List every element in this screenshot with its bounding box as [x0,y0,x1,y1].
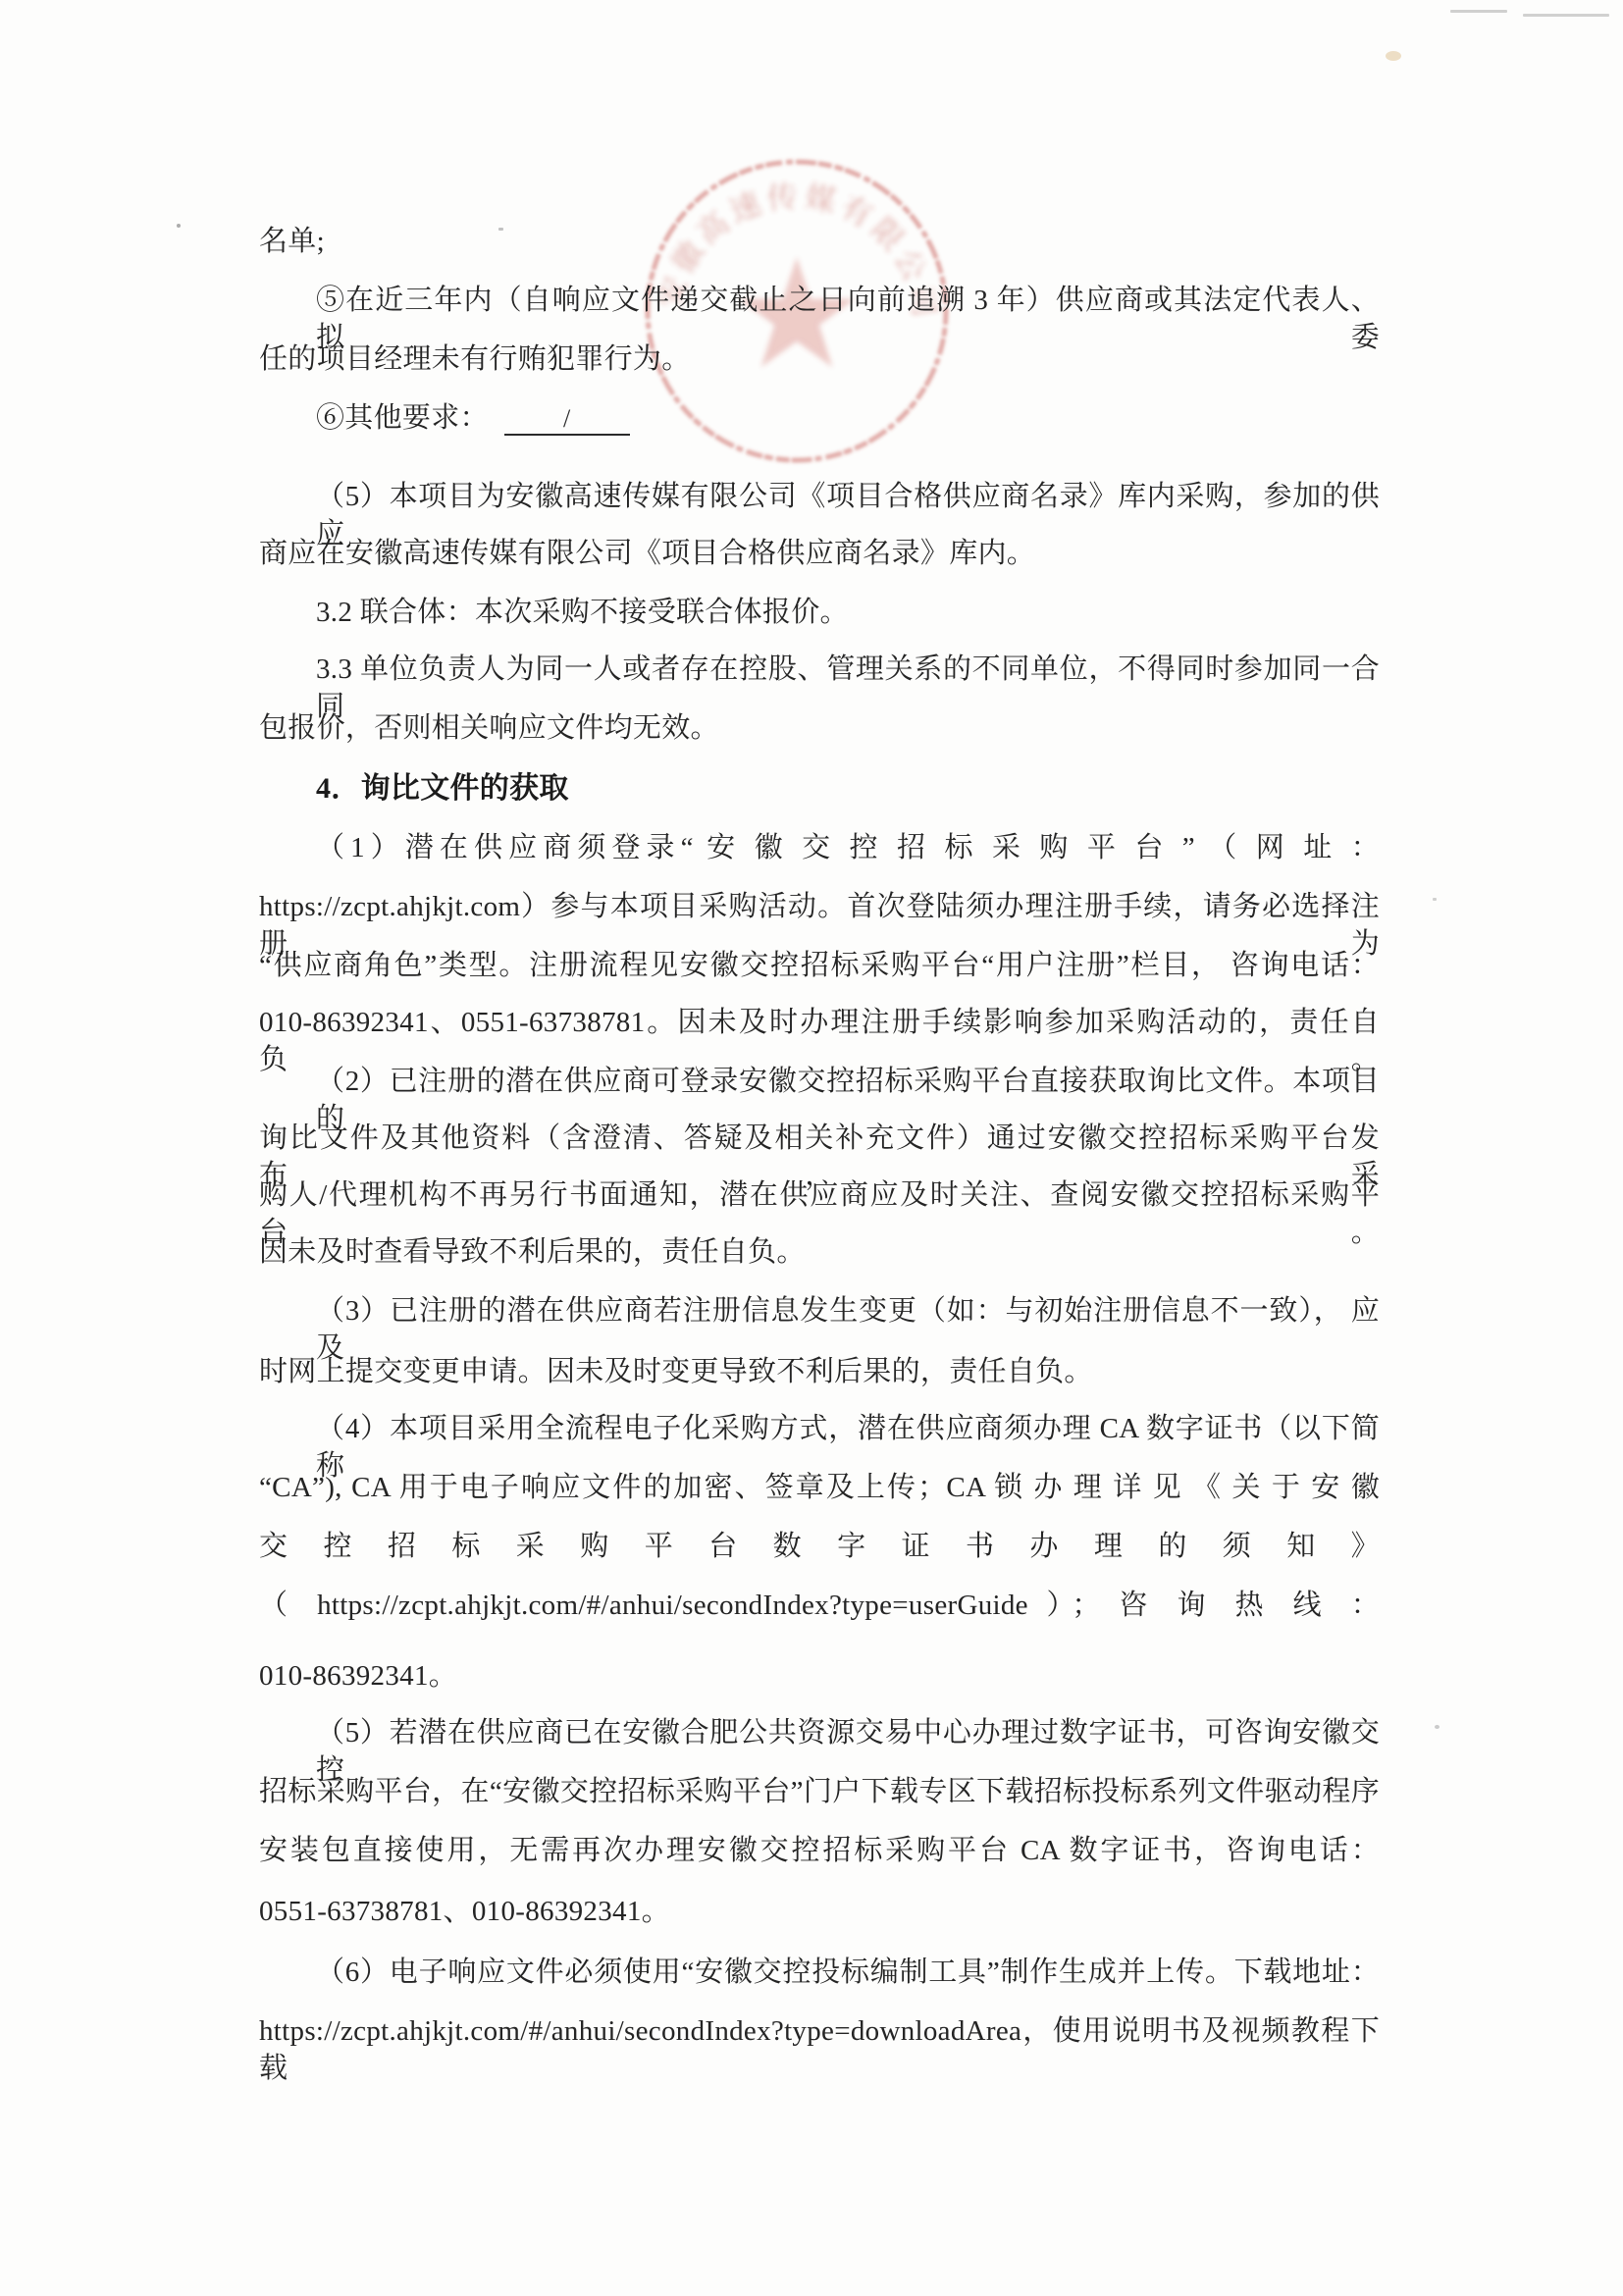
other-requirements-blank: / [504,404,630,436]
scan-speck [1523,14,1609,17]
text-line: 名单; [259,224,1380,261]
scan-speck [1386,51,1401,61]
text-line: 3.2 联合体：本次采购不接受联合体报价。 [259,595,1380,632]
text-line: 商应在安徽高速传媒有限公司《项目合格供应商名录》库内。 [259,536,1380,573]
text-line: 包报价，否则相关响应文件均无效。 [259,710,1380,748]
text-line: 安装包直接使用，无需再次办理安徽交控招标采购平台 CA 数字证书，咨询电话： [259,1833,1380,1870]
scanned-document-page: 安徽高速传媒有限公司 名单;⑤在近三年内（自响应文件递交截止之日向前追溯 3 年… [0,0,1623,2296]
text-line: 任的项目经理未有行贿犯罪行为。 [259,341,1380,379]
text-line: 时网上提交变更申请。因未及时变更导致不利后果的，责任自负。 [259,1354,1380,1391]
text-line: “CA”), CA 用于电子响应文件的加密、签章及上传；CA 锁 办 理 详 见… [259,1470,1380,1507]
document-body: 名单;⑤在近三年内（自响应文件递交截止之日向前追溯 3 年）供应商或其法定代表人… [259,0,1380,2296]
text-line: https://zcpt.ahjkjt.com/#/anhui/secondIn… [259,2013,1380,2087]
scan-speck [177,224,181,228]
text-line: （1）潜在供应商须登录“ 安 徽 交 控 招 标 采 购 平 台 ” （ 网 址… [259,830,1380,867]
text-line: （ https://zcpt.ahjkjt.com/#/anhui/second… [259,1588,1380,1625]
text-line: 招标采购平台，在“安徽交控招标采购平台”门户下载专区下载招标投标系列文件驱动程序 [259,1774,1380,1811]
scan-speck [1435,1725,1440,1729]
other-requirements-label: ⑥其他要求： [316,402,489,434]
scan-speck [1450,10,1507,13]
text-line: 010-86392341。 [259,1658,1380,1696]
text-line: 0551-63738781、010-86392341。 [259,1894,1380,1931]
text-line: “供应商角色”类型。注册流程见安徽交控招标采购平台“用户注册”栏目， 咨询电话： [259,948,1380,985]
section-heading: 4．询比文件的获取 [259,769,1380,808]
text-line: （6）电子响应文件必须使用“安徽交控投标编制工具”制作生成并上传。下载地址： [259,1955,1380,1992]
text-line: 因未及时查看导致不利后果的，责任自负。 [259,1234,1380,1272]
scan-speck [1433,898,1437,901]
text-line: 交 控 招 标 采 购 平 台 数 字 证 书 办 理 的 须 知 》 [259,1529,1380,1566]
other-requirements-line: ⑥其他要求：/ [259,400,1380,438]
